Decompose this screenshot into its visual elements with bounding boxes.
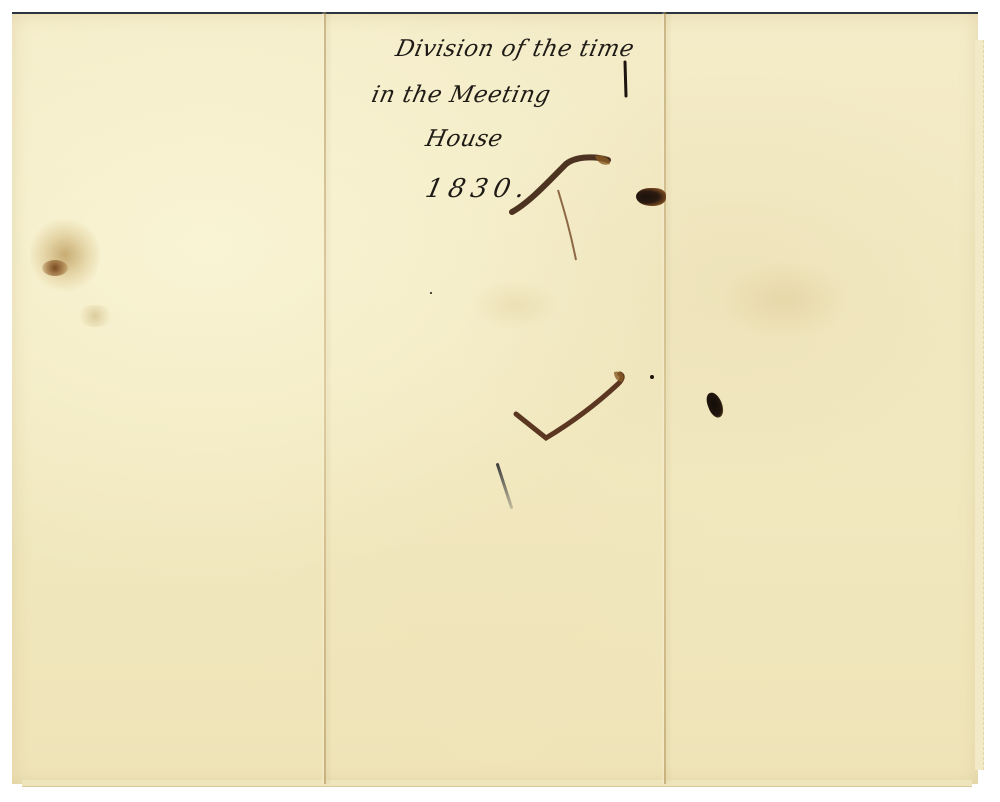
ink-dot-small	[430, 292, 432, 294]
docket-line-1: Division of the time	[393, 36, 636, 62]
sheet-bottom-edge	[22, 780, 972, 787]
fold-line-right	[664, 12, 666, 784]
seal-residue-lower	[510, 370, 640, 450]
docket-line-2: in the Meeting	[369, 82, 553, 108]
ink-stroke-vertical	[620, 62, 630, 102]
seal-residue-upper	[500, 150, 620, 270]
fold-line-left	[324, 12, 326, 784]
docket-line-3: House	[423, 126, 505, 152]
torn-right-edge	[975, 40, 984, 770]
ink-dot	[650, 375, 654, 379]
